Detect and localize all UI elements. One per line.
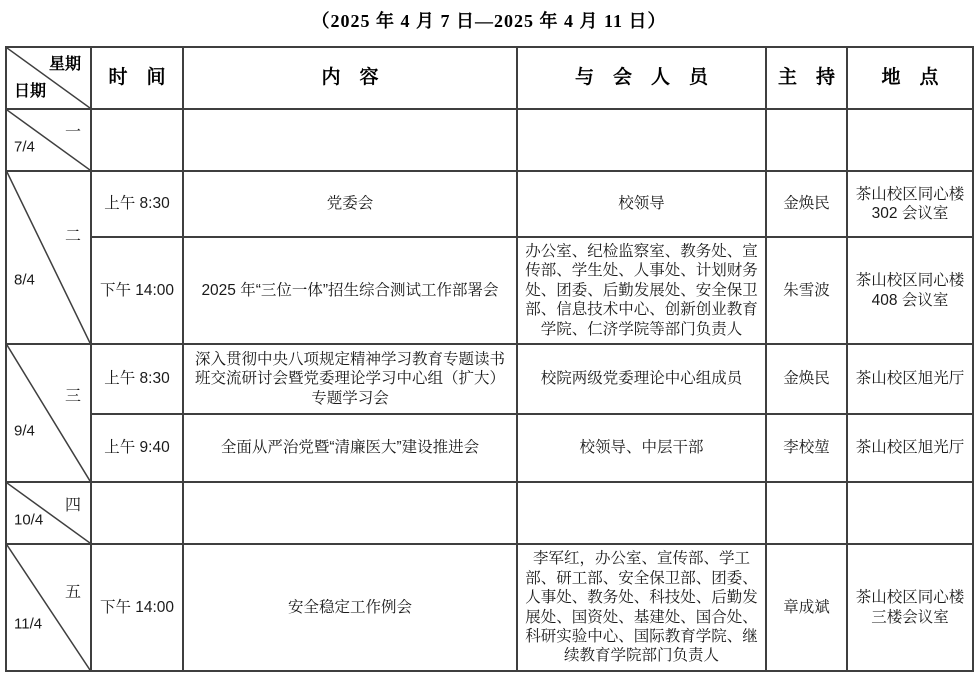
time-cell: 下午 14:00 [91, 544, 183, 671]
table-row: 五 11/4 下午 14:00 安全稳定工作例会 李军红，办公室、宣传部、学工部… [6, 544, 973, 671]
location-cell: 茶山校区旭光厅 [847, 344, 973, 414]
table-row: 三 9/4 上午 8:30 深入贯彻中央八项规定精神学习教育专题读书班交流研讨会… [6, 344, 973, 414]
content-cell: 2025 年“三位一体”招生综合测试工作部署会 [183, 237, 517, 344]
date-label: 10/4 [14, 512, 43, 531]
location-cell-empty [847, 109, 973, 171]
weekday-label: 五 [65, 583, 81, 603]
host-cell-empty [766, 482, 847, 544]
participants-cell: 李军红，办公室、宣传部、学工部、研工部、安全保卫部、团委、人事处、教务处、科技处… [517, 544, 766, 671]
page-title: （2025 年 4 月 7 日—2025 年 4 月 11 日） [0, 0, 978, 46]
host-cell: 章成斌 [766, 544, 847, 671]
date-label: 9/4 [14, 423, 35, 442]
participants-cell: 校领导、中层干部 [517, 414, 766, 482]
day-cell-wed: 三 9/4 [6, 344, 91, 482]
location-cell: 茶山校区旭光厅 [847, 414, 973, 482]
diagonal-line [7, 172, 90, 343]
weekday-label: 二 [65, 227, 81, 247]
header-host: 主 持 [766, 47, 847, 109]
table-row: 一 7/4 [6, 109, 973, 171]
time-cell: 下午 14:00 [91, 237, 183, 344]
location-cell: 茶山校区同心楼302 会议室 [847, 171, 973, 237]
header-date-label: 日期 [14, 82, 46, 102]
diagonal-line [7, 345, 90, 481]
content-cell: 深入贯彻中央八项规定精神学习教育专题读书班交流研讨会暨党委理论学习中心组（扩大）… [183, 344, 517, 414]
time-cell-empty [91, 482, 183, 544]
day-cell-thu: 四 10/4 [6, 482, 91, 544]
location-cell: 茶山校区同心楼三楼会议室 [847, 544, 973, 671]
time-cell: 上午 8:30 [91, 344, 183, 414]
header-week-label: 星期 [49, 55, 81, 75]
weekday-label: 一 [65, 123, 81, 143]
date-label: 7/4 [14, 139, 35, 158]
day-cell-fri: 五 11/4 [6, 544, 91, 671]
participants-cell-empty [517, 109, 766, 171]
content-cell-empty [183, 109, 517, 171]
schedule-page: （2025 年 4 月 7 日—2025 年 4 月 11 日） 星期 日期 时… [0, 0, 978, 678]
table-row: 四 10/4 [6, 482, 973, 544]
table-row: 下午 14:00 2025 年“三位一体”招生综合测试工作部署会 办公室、纪检监… [6, 237, 973, 344]
header-time: 时 间 [91, 47, 183, 109]
day-cell-mon: 一 7/4 [6, 109, 91, 171]
date-label: 8/4 [14, 272, 35, 291]
table-row: 二 8/4 上午 8:30 党委会 校领导 金焕民 茶山校区同心楼302 会议室 [6, 171, 973, 237]
location-cell-empty [847, 482, 973, 544]
host-cell: 金焕民 [766, 344, 847, 414]
content-cell: 党委会 [183, 171, 517, 237]
participants-cell-empty [517, 482, 766, 544]
day-cell-tue: 二 8/4 [6, 171, 91, 344]
table-header-row: 星期 日期 时 间 内 容 与 会 人 员 主 持 地 点 [6, 47, 973, 109]
time-cell: 上午 8:30 [91, 171, 183, 237]
date-label: 11/4 [14, 616, 42, 635]
participants-cell: 校院两级党委理论中心组成员 [517, 344, 766, 414]
host-cell: 金焕民 [766, 171, 847, 237]
weekday-label: 三 [65, 387, 81, 407]
content-cell: 全面从严治党暨“清廉医大”建设推进会 [183, 414, 517, 482]
participants-cell: 校领导 [517, 171, 766, 237]
diagonal-line [7, 545, 90, 670]
header-participants: 与 会 人 员 [517, 47, 766, 109]
host-cell: 李校堃 [766, 414, 847, 482]
participants-cell: 办公室、纪检监察室、教务处、宣传部、学生处、人事处、计划财务处、团委、后勤发展处… [517, 237, 766, 344]
location-cell: 茶山校区同心楼408 会议室 [847, 237, 973, 344]
weekday-label: 四 [65, 496, 81, 516]
schedule-table: 星期 日期 时 间 内 容 与 会 人 员 主 持 地 点 一 7/4 [5, 46, 974, 672]
host-cell: 朱雪波 [766, 237, 847, 344]
header-location: 地 点 [847, 47, 973, 109]
header-corner-cell: 星期 日期 [6, 47, 91, 109]
time-cell: 上午 9:40 [91, 414, 183, 482]
time-cell-empty [91, 109, 183, 171]
host-cell-empty [766, 109, 847, 171]
content-cell-empty [183, 482, 517, 544]
content-cell: 安全稳定工作例会 [183, 544, 517, 671]
header-content: 内 容 [183, 47, 517, 109]
table-row: 上午 9:40 全面从严治党暨“清廉医大”建设推进会 校领导、中层干部 李校堃 … [6, 414, 973, 482]
